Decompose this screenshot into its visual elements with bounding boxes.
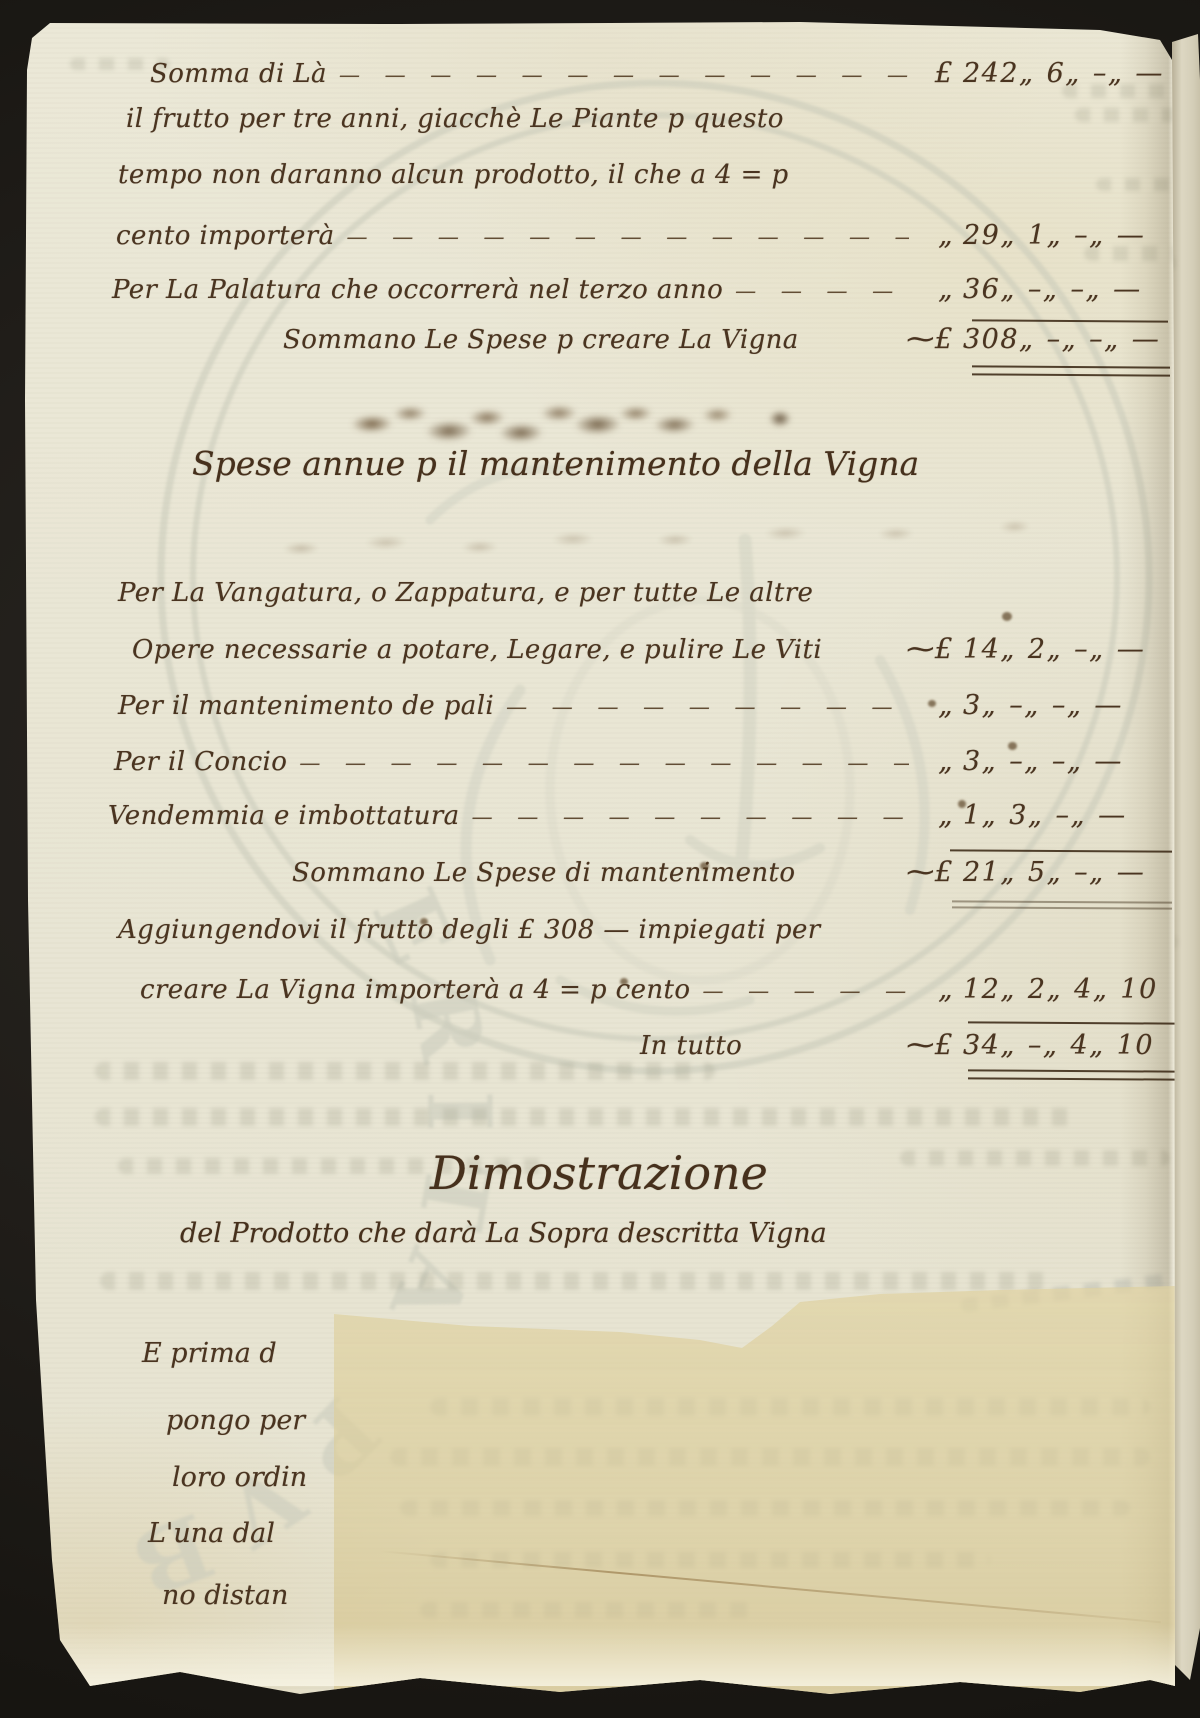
- double-rule: [972, 373, 1170, 376]
- cutoff-line-fragment: E prima d: [142, 1338, 277, 1369]
- ledger-row: Vendemmia e imbottatura — — — — — — — — …: [108, 798, 1168, 831]
- ledger-row-text: In tutto: [640, 1031, 742, 1061]
- ledger-row: Per il mantenimento de pali — — — — — — …: [118, 688, 1168, 721]
- amount-value: 12„ 2„ 4„ 10: [963, 974, 1168, 1005]
- photo-backdrop: ERITA PVB AVCE: [0, 0, 1200, 1718]
- ink-speck: [1008, 742, 1017, 750]
- manuscript-page: ERITA PVB AVCE: [25, 22, 1175, 1694]
- amount-value: 308„ –„ –„ —: [963, 324, 1168, 355]
- ledger-row-text: Per il Concio: [114, 747, 287, 777]
- handwriting-layer: Somma di Là — — — — — — — — — — — — — — …: [0, 0, 1200, 1718]
- ledger-row-text: cento importerà: [116, 221, 335, 251]
- amount-value: 21„ 5„ –„ —: [963, 857, 1168, 888]
- currency-mark: ⁓£: [906, 632, 963, 665]
- double-rule: [972, 365, 1170, 368]
- ledger-row-text: Somma di Là: [150, 59, 327, 89]
- ink-speck: [700, 862, 709, 870]
- amount-value: 14„ 2„ –„ —: [963, 634, 1168, 665]
- ledger-row-text: Opere necessarie a potare, Legare, e pul…: [132, 635, 822, 665]
- dash-leader: — — — — — — — — — — — — — — — — — — — — …: [494, 695, 909, 719]
- sum-rule: [950, 849, 1172, 852]
- currency-mark: ⁓£: [906, 322, 963, 355]
- dash-leader: — — — — — — — — — — — — — — — — — — — — …: [723, 279, 909, 303]
- ledger-row-text: Sommano Le Spese di mantenimento: [292, 858, 795, 888]
- ditto-mark: „: [909, 688, 963, 721]
- ledger-row-text: il frutto per tre anni, giacchè Le Piant…: [126, 104, 784, 134]
- ink-speck: [620, 978, 628, 985]
- cutoff-line-fragment: no distan: [162, 1580, 288, 1611]
- ink-speck: [1002, 612, 1012, 621]
- ledger-row: il frutto per tre anni, giacchè Le Piant…: [126, 104, 1168, 134]
- ledger-row-text: Vendemmia e imbottatura: [108, 801, 460, 831]
- ditto-mark: „: [909, 744, 963, 777]
- ledger-total-row: Sommano Le Spese p creare La Vigna — — —…: [283, 322, 1168, 355]
- section-heading-annual-expenses: Spese annue p il mantenimento della Vign…: [192, 444, 919, 483]
- amount-value: 1„ 3„ –„ —: [963, 800, 1168, 831]
- ditto-mark: „: [909, 272, 963, 305]
- ledger-row: Aggiungendovi il frutto degli £ 308 — im…: [118, 915, 1168, 945]
- ledger-row: tempo non daranno alcun prodotto, il che…: [118, 160, 1168, 190]
- amount-value: 242„ 6„ –„ —: [963, 58, 1168, 89]
- cutoff-line-fragment: L'una dal: [148, 1518, 275, 1549]
- ledger-grand-total-row: In tutto — — — — — — — — — — — — — — — —…: [640, 1028, 1168, 1061]
- cutoff-line-fragment: pongo per: [166, 1405, 305, 1436]
- ledger-row-text: Per il mantenimento de pali: [118, 691, 494, 721]
- ledger-row-text: tempo non daranno alcun prodotto, il che…: [118, 160, 789, 190]
- ledger-row: cento importerà — — — — — — — — — — — — …: [116, 218, 1168, 251]
- dash-leader: — — — — — — — — — — — — — — — — — — — — …: [690, 979, 909, 1003]
- ditto-mark: „: [909, 798, 963, 831]
- double-rule: [968, 1077, 1176, 1080]
- ink-speck: [958, 800, 966, 808]
- ledger-row-text: Per La Vangatura, o Zappatura, e per tut…: [118, 578, 813, 608]
- amount-value: 29„ 1„ –„ —: [963, 220, 1168, 251]
- amount-value: 3„ –„ –„ —: [963, 690, 1168, 721]
- ledger-row-text: Per La Palatura che occorrerà nel terzo …: [112, 275, 723, 305]
- ledger-row: Somma di Là — — — — — — — — — — — — — — …: [150, 56, 1168, 89]
- dash-leader: — — — — — — — — — — — — — — — — — — — — …: [327, 63, 909, 87]
- ledger-row-text: Aggiungendovi il frutto degli £ 308 — im…: [118, 915, 821, 945]
- section-subheading-demonstration: del Prodotto che darà La Sopra descritta…: [180, 1218, 827, 1249]
- ledger-row-text: Sommano Le Spese p creare La Vigna: [283, 325, 799, 355]
- dash-leader: — — — — — — — — — — — — — — — — — — — — …: [335, 225, 909, 249]
- ditto-mark: „: [909, 218, 963, 251]
- adjacent-page-edge: [1172, 34, 1200, 1686]
- amount-value: 36„ –„ –„ —: [963, 274, 1168, 305]
- currency-mark: ⁓£: [906, 1028, 963, 1061]
- double-rule-faint: [952, 900, 1172, 903]
- amount-value: 3„ –„ –„ —: [963, 746, 1168, 777]
- sum-rule: [968, 1021, 1176, 1024]
- dash-leader: — — — — — — — — — — — — — — — — — — — — …: [287, 751, 909, 775]
- ink-speck: [420, 918, 428, 925]
- section-heading-demonstration: Dimostrazione: [430, 1146, 768, 1200]
- page-art-layer: ERITA PVB AVCE: [0, 0, 1200, 1718]
- ledger-row: Per La Palatura che occorrerà nel terzo …: [112, 272, 1168, 305]
- double-rule-faint: [952, 906, 1172, 909]
- currency-mark: £: [909, 56, 963, 89]
- ledger-row: Opere necessarie a potare, Legare, e pul…: [132, 632, 1168, 665]
- currency-mark: ⁓£: [906, 855, 963, 888]
- ledger-total-row: Sommano Le Spese di mantenimento — — — —…: [292, 855, 1168, 888]
- ledger-row-text: creare La Vigna importerà a 4 = p cento: [140, 975, 690, 1005]
- dash-leader: — — — — — — — — — — — — — — — — — — — — …: [460, 805, 909, 829]
- amount-value: 34„ –„ 4„ 10: [963, 1030, 1168, 1061]
- ledger-row: Per La Vangatura, o Zappatura, e per tut…: [118, 578, 1168, 608]
- double-rule: [968, 1069, 1176, 1072]
- ink-blot-smudge: [250, 508, 1101, 568]
- ledger-row: creare La Vigna importerà a 4 = p cento …: [140, 972, 1168, 1005]
- ditto-mark: „: [909, 972, 963, 1005]
- cutoff-line-fragment: loro ordin: [172, 1462, 307, 1493]
- ink-speck: [928, 700, 936, 707]
